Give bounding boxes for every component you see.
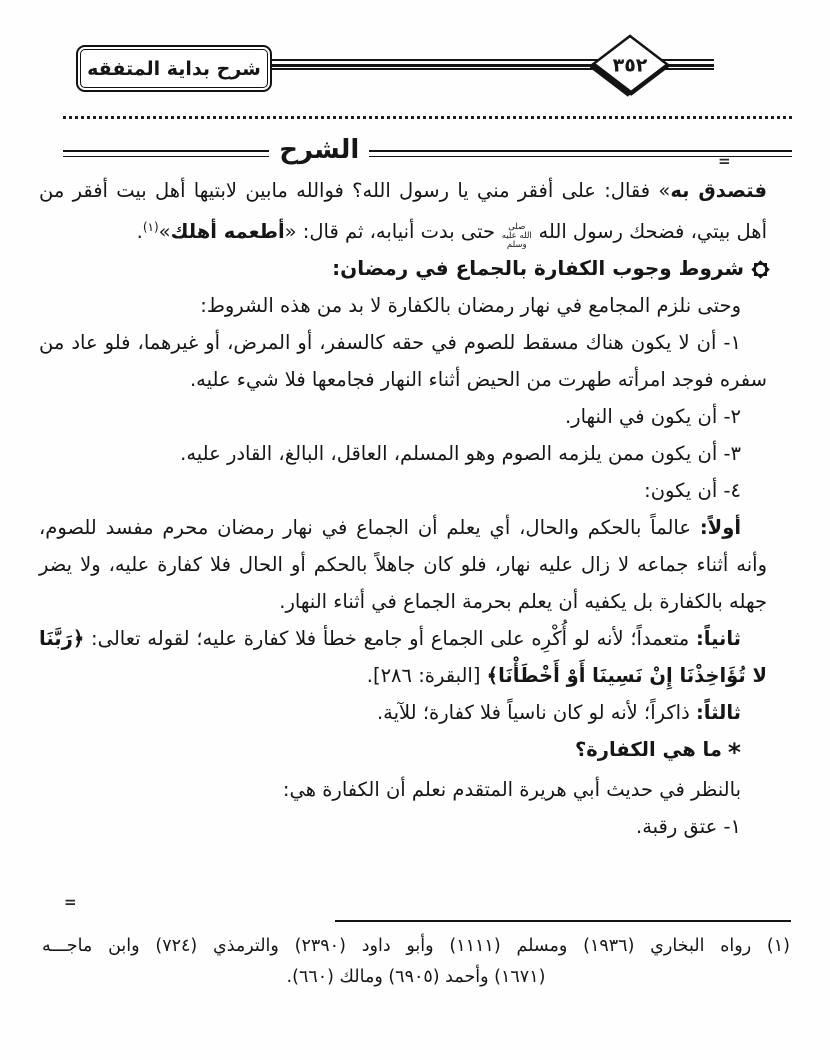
- kaffarah-item-1: ١- عتق رقبة.: [39, 808, 767, 845]
- conditions-heading-text: شروط وجوب الكفارة بالجماع في رمضان:: [332, 256, 744, 280]
- page-number-badge: ٣٥٢: [589, 34, 671, 100]
- kaffarah-question: *ما هي الكفارة؟: [39, 731, 767, 771]
- condition-item-3: ٣- أن يكون ممن يلزمه الصوم وهو المسلم، ا…: [39, 435, 767, 472]
- condition-item-2: ٢- أن يكون في النهار.: [39, 398, 767, 435]
- book-title-box: شرح بداية المتفقه: [76, 45, 272, 92]
- footnote-reference: (١): [143, 220, 159, 234]
- book-title-inner-frame: شرح بداية المتفقه: [80, 49, 268, 88]
- hadith-continuation-paragraph: فتصدق به» فقال: على أفقر مني يا رسول الل…: [39, 172, 767, 250]
- continuation-mark-bottom: =: [64, 893, 77, 911]
- footnote-block: (١) رواه البخاري (١٩٣٦) ومسلم (١١١١) وأب…: [42, 931, 790, 993]
- quote-mark: »: [658, 179, 670, 202]
- condition-item-4: ٤- أن يكون:: [39, 472, 767, 509]
- kaffarah-intro: بالنظر في حديث أبي هريرة المتقدم نعلم أن…: [39, 771, 767, 808]
- book-title: شرح بداية المتفقه: [87, 58, 261, 80]
- dotted-separator: [63, 116, 792, 119]
- section-title: الشرح: [269, 135, 369, 165]
- page-number: ٣٥٢: [613, 55, 648, 77]
- book-page: شرح بداية المتفقه ٣٥٢ الشرح = فتصدق به» …: [0, 0, 830, 1060]
- kaffarah-question-text: ما هي الكفارة؟: [575, 738, 722, 761]
- body-text: فتصدق به» فقال: على أفقر مني يا رسول الل…: [39, 172, 767, 845]
- hadith-bold-opening: فتصدق به: [670, 179, 767, 202]
- hadith-text-2: حتى بدت أنيابه، ثم قال: «: [285, 220, 502, 243]
- octagram-star-icon: [754, 263, 767, 276]
- first-condition-paragraph: أولاً: عالماً بالحكم والحال، أي يعلم أن …: [39, 509, 767, 620]
- condition-item-1: ١- أن لا يكون هناك مسقط للصوم في حقه كال…: [39, 324, 767, 398]
- footnote-line-1: (١) رواه البخاري (١٩٣٦) ومسلم (١١١١) وأب…: [42, 931, 790, 962]
- first-text: عالماً بالحكم والحال، أي يعلم أن الجماع …: [39, 516, 767, 613]
- third-condition-paragraph: ثالثاً: ذاكراً؛ لأنه لو كان ناسياً فلا ك…: [39, 694, 767, 731]
- conditions-intro: وحتى نلزم المجامع في نهار رمضان بالكفارة…: [39, 287, 767, 324]
- section-heading-row: الشرح: [63, 136, 792, 170]
- sallallahu-alayhi-wasallam-mark: صلى الله عليه وسلم: [501, 223, 532, 250]
- conditions-heading: شروط وجوب الكفارة بالجماع في رمضان:: [39, 250, 767, 287]
- heading-rule-left: [63, 150, 269, 157]
- continuation-mark-top: =: [718, 152, 731, 170]
- asterisk-star-icon: *: [728, 738, 741, 767]
- second-text: متعمداً؛ لأنه لو أُكْرِه على الجماع أو ج…: [84, 627, 696, 650]
- footnote-line-2: (١٦٧١) وأحمد (٦٩٠٥) ومالك (٦٦٠).: [42, 962, 790, 993]
- hadith-bold-closing: أطعمه أهلك: [171, 220, 285, 243]
- third-label: ثالثاً:: [696, 701, 741, 724]
- quote-mark: »: [159, 220, 171, 243]
- third-text: ذاكراً؛ لأنه لو كان ناسياً فلا كفارة؛ لل…: [377, 701, 696, 724]
- second-condition-paragraph: ثانياً: متعمداً؛ لأنه لو أُكْرِه على الج…: [39, 620, 767, 694]
- verse-reference: [البقرة: ٢٨٦].: [367, 664, 487, 687]
- first-label: أولاً:: [700, 516, 741, 539]
- footnote-separator: [335, 920, 791, 922]
- second-label: ثانياً:: [696, 627, 741, 650]
